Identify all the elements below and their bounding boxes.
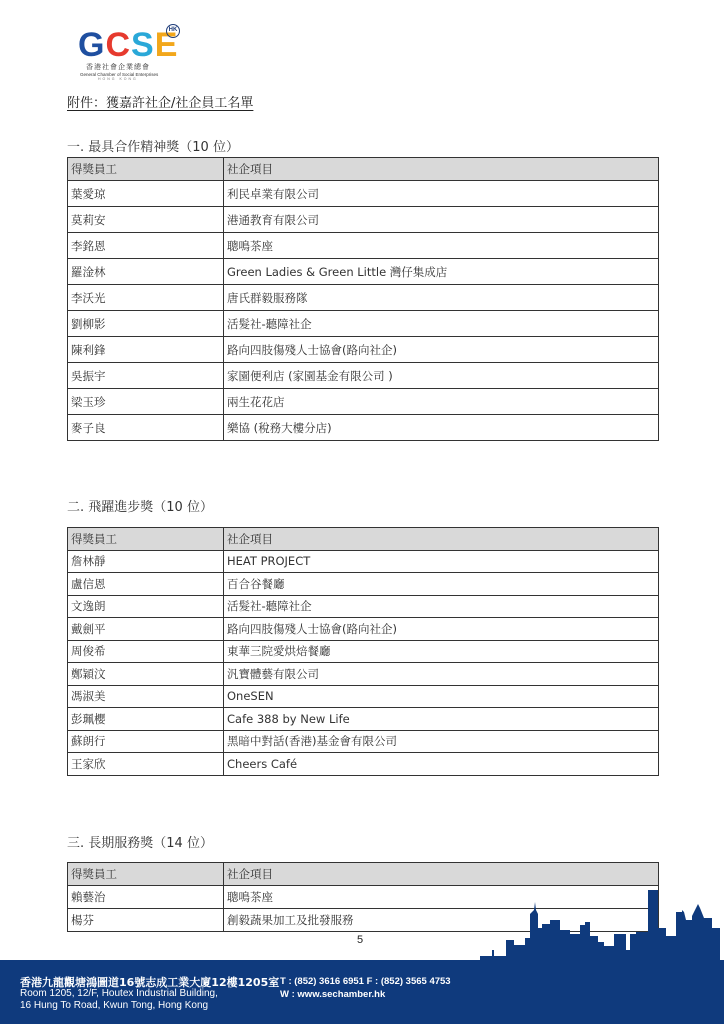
employee-name: 陳利鋒 <box>68 337 224 363</box>
table-row: 詹林靜HEAT PROJECT <box>68 550 659 573</box>
table-row: 莫莉安港通教育有限公司 <box>68 207 659 233</box>
employee-name: 蘇朗行 <box>68 730 224 753</box>
employee-name: 李銘恩 <box>68 233 224 259</box>
employee-name: 吳振宇 <box>68 363 224 389</box>
table-row: 王家欣Cheers Café <box>68 753 659 776</box>
project-name: Green Ladies & Green Little 灣仔集成店 <box>224 259 659 285</box>
logo-letters: GCSE <box>78 28 178 62</box>
project-name: 路向四肢傷殘人士協會(路向社企) <box>224 618 659 641</box>
project-name: 黑暗中對話(香港)基金會有限公司 <box>224 730 659 753</box>
employee-name: 麥子良 <box>68 415 224 441</box>
award-table-cooperation: 得獎員工 社企項目 葉愛琼利民卓業有限公司 莫莉安港通教育有限公司 李銘恩聰鳴茶… <box>67 157 659 441</box>
project-name: 聰鳴茶座 <box>224 233 659 259</box>
hk-badge-icon: HK <box>166 24 180 38</box>
footer-phone-fax: T : (852) 3616 6951 F : (852) 3565 4753 <box>280 976 451 987</box>
city-skyline-icon <box>480 890 724 960</box>
project-name: 汎寶體藝有限公司 <box>224 663 659 686</box>
project-name: 利民卓業有限公司 <box>224 181 659 207</box>
logo-letter-c: C <box>105 26 131 64</box>
section-title-progress: 二. 飛躍進步獎（10 位） <box>67 496 213 515</box>
table-row: 盧信恩百合谷餐廳 <box>68 573 659 596</box>
employee-name: 劉柳影 <box>68 311 224 337</box>
table-header-row: 得獎員工 社企項目 <box>68 158 659 181</box>
table-row: 文逸朗活髮社-聽障社企 <box>68 595 659 618</box>
section-title-long-service: 三. 長期服務獎（14 位） <box>67 832 213 851</box>
employee-name: 周俊希 <box>68 640 224 663</box>
logo-name-en-sub: HONG KONG <box>98 77 138 81</box>
table-row: 葉愛琼利民卓業有限公司 <box>68 181 659 207</box>
project-name: OneSEN <box>224 685 659 708</box>
table-header-row: 得獎員工 社企項目 <box>68 528 659 551</box>
table-row: 彭珮櫻Cafe 388 by New Life <box>68 708 659 731</box>
employee-name: 文逸朗 <box>68 595 224 618</box>
employee-name: 梁玉珍 <box>68 389 224 415</box>
employee-name: 戴劍平 <box>68 618 224 641</box>
table-row: 周俊希東華三院愛烘焙餐廳 <box>68 640 659 663</box>
employee-name: 鄭穎汶 <box>68 663 224 686</box>
project-name: 百合谷餐廳 <box>224 573 659 596</box>
table-row: 劉柳影活髮社-聽障社企 <box>68 311 659 337</box>
table-row: 李銘恩聰鳴茶座 <box>68 233 659 259</box>
employee-name: 賴藝治 <box>68 886 224 909</box>
footer-address-en-line1: Room 1205, 12/F, Houtex Industrial Build… <box>20 988 218 999</box>
column-header-project: 社企項目 <box>224 528 659 551</box>
logo-name-cn: 香港社會企業總會 <box>86 62 150 72</box>
table-header-row: 得獎員工 社企項目 <box>68 863 659 886</box>
employee-name: 王家欣 <box>68 753 224 776</box>
employee-name: 葉愛琼 <box>68 181 224 207</box>
logo-letter-g: G <box>78 26 105 64</box>
column-header-project: 社企項目 <box>224 158 659 181</box>
project-name: 路向四肢傷殘人士協會(路向社企) <box>224 337 659 363</box>
table-row: 戴劍平路向四肢傷殘人士協會(路向社企) <box>68 618 659 641</box>
column-header-employee: 得獎員工 <box>68 158 224 181</box>
project-name: 家園便利店 (家園基金有限公司 ) <box>224 363 659 389</box>
project-name: 兩生花花店 <box>224 389 659 415</box>
table-row: 麥子良樂協 (稅務大樓分店) <box>68 415 659 441</box>
column-header-project: 社企項目 <box>224 863 659 886</box>
employee-name: 盧信恩 <box>68 573 224 596</box>
employee-name: 莫莉安 <box>68 207 224 233</box>
table-row: 馮淑美OneSEN <box>68 685 659 708</box>
project-name: Cheers Café <box>224 753 659 776</box>
employee-name: 李沃光 <box>68 285 224 311</box>
section-title-cooperation: 一. 最具合作精神獎（10 位） <box>67 136 239 155</box>
table-row: 鄭穎汶汎寶體藝有限公司 <box>68 663 659 686</box>
table-row: 李沃光唐氏群毅服務隊 <box>68 285 659 311</box>
project-name: 唐氏群毅服務隊 <box>224 285 659 311</box>
employee-name: 羅淦林 <box>68 259 224 285</box>
gcse-logo: GCSE HK 香港社會企業總會 General Chamber of Soci… <box>78 24 188 82</box>
column-header-employee: 得獎員工 <box>68 863 224 886</box>
project-name: 樂協 (稅務大樓分店) <box>224 415 659 441</box>
table-row: 陳利鋒路向四肢傷殘人士協會(路向社企) <box>68 337 659 363</box>
table-row: 吳振宇家園便利店 (家園基金有限公司 ) <box>68 363 659 389</box>
table-row: 羅淦林Green Ladies & Green Little 灣仔集成店 <box>68 259 659 285</box>
award-table-progress: 得獎員工 社企項目 詹林靜HEAT PROJECT 盧信恩百合谷餐廳 文逸朗活髮… <box>67 527 659 776</box>
page-number: 5 <box>357 934 363 946</box>
table-row: 蘇朗行黑暗中對話(香港)基金會有限公司 <box>68 730 659 753</box>
employee-name: 馮淑美 <box>68 685 224 708</box>
project-name: HEAT PROJECT <box>224 550 659 573</box>
project-name: 活髮社-聽障社企 <box>224 595 659 618</box>
footer-address-en-line2: 16 Hung To Road, Kwun Tong, Hong Kong <box>20 1000 208 1011</box>
column-header-employee: 得獎員工 <box>68 528 224 551</box>
table-row: 梁玉珍兩生花花店 <box>68 389 659 415</box>
employee-name: 彭珮櫻 <box>68 708 224 731</box>
footer-website-link[interactable]: W : www.sechamber.hk <box>280 989 385 1000</box>
project-name: 港通教育有限公司 <box>224 207 659 233</box>
employee-name: 楊芬 <box>68 909 224 932</box>
employee-name: 詹林靜 <box>68 550 224 573</box>
project-name: 活髮社-聽障社企 <box>224 311 659 337</box>
annex-title: 附件：獲嘉許社企/社企員工名單 <box>67 92 253 111</box>
project-name: Cafe 388 by New Life <box>224 708 659 731</box>
footer: 香港九龍觀塘鴻圖道16號志成工業大廈12樓1205室 Room 1205, 12… <box>0 960 724 1024</box>
logo-letter-s: S <box>131 26 155 64</box>
project-name: 東華三院愛烘焙餐廳 <box>224 640 659 663</box>
